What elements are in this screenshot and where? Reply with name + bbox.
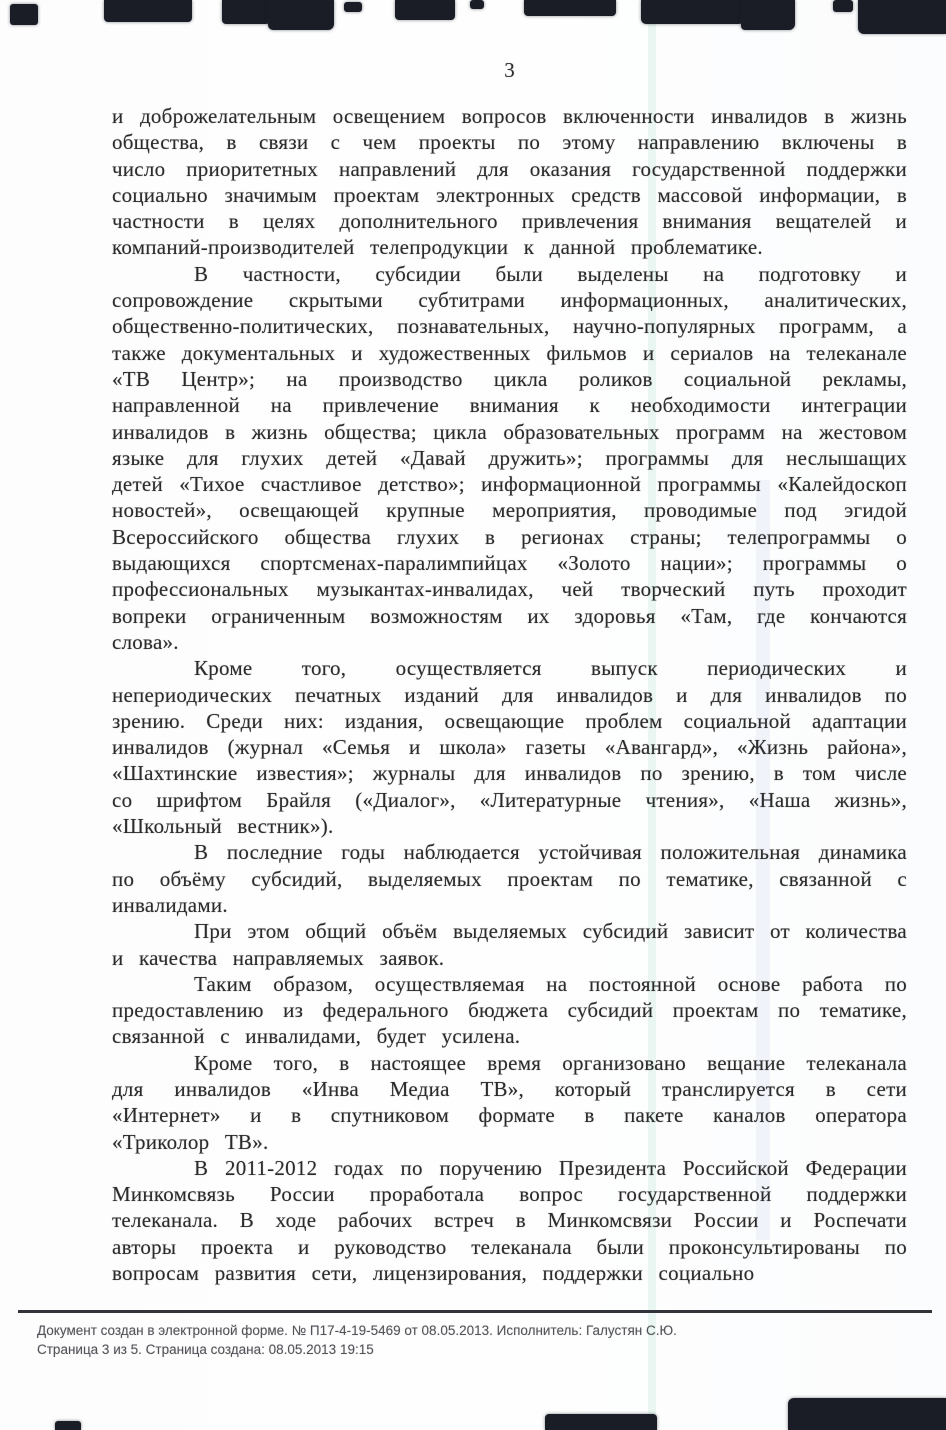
paragraph: В частности, субсидии были выделены на п…: [112, 261, 907, 655]
paragraph: Кроме того, осуществляется выпуск период…: [112, 655, 907, 839]
scan-artifact: [268, 0, 334, 30]
scan-artifact: [10, 4, 38, 25]
scan-artifact: [858, 0, 946, 34]
scan-artifact: [55, 1421, 81, 1430]
document-footer: Документ создан в электронной форме. № П…: [37, 1322, 917, 1359]
scan-artifact: [833, 0, 853, 12]
scan-artifact: [470, 0, 484, 9]
scan-artifact: [395, 0, 455, 20]
paragraph: Кроме того, в настоящее время организова…: [112, 1050, 907, 1155]
scanned-document-page: 3 и доброжелательным освещением вопросов…: [0, 0, 946, 1430]
page-number: 3: [112, 58, 907, 83]
footer-line-2: Страница 3 из 5. Страница создана: 08.05…: [37, 1341, 917, 1360]
paragraph: При этом общий объём выделяемых субсидий…: [112, 918, 907, 971]
paragraph: Таким образом, осуществляемая на постоян…: [112, 971, 907, 1050]
paragraph: В 2011-2012 годах по поручению Президент…: [112, 1155, 907, 1286]
document-body: и доброжелательным освещением вопросов в…: [112, 103, 907, 1286]
scan-artifact: [788, 1398, 946, 1430]
scan-artifact: [741, 0, 795, 30]
scan-artifact: [641, 0, 743, 24]
paragraph: В последние годы наблюдается устойчивая …: [112, 839, 907, 918]
scan-artifact: [344, 2, 362, 12]
footer-line-1: Документ создан в электронной форме. № П…: [37, 1322, 917, 1341]
scan-artifact: [524, 0, 616, 16]
paragraph: и доброжелательным освещением вопросов в…: [112, 103, 907, 261]
scan-artifact: [222, 0, 270, 24]
scan-artifact: [545, 1414, 657, 1430]
scan-artifact: [104, 0, 192, 22]
footer-divider: [18, 1310, 932, 1313]
